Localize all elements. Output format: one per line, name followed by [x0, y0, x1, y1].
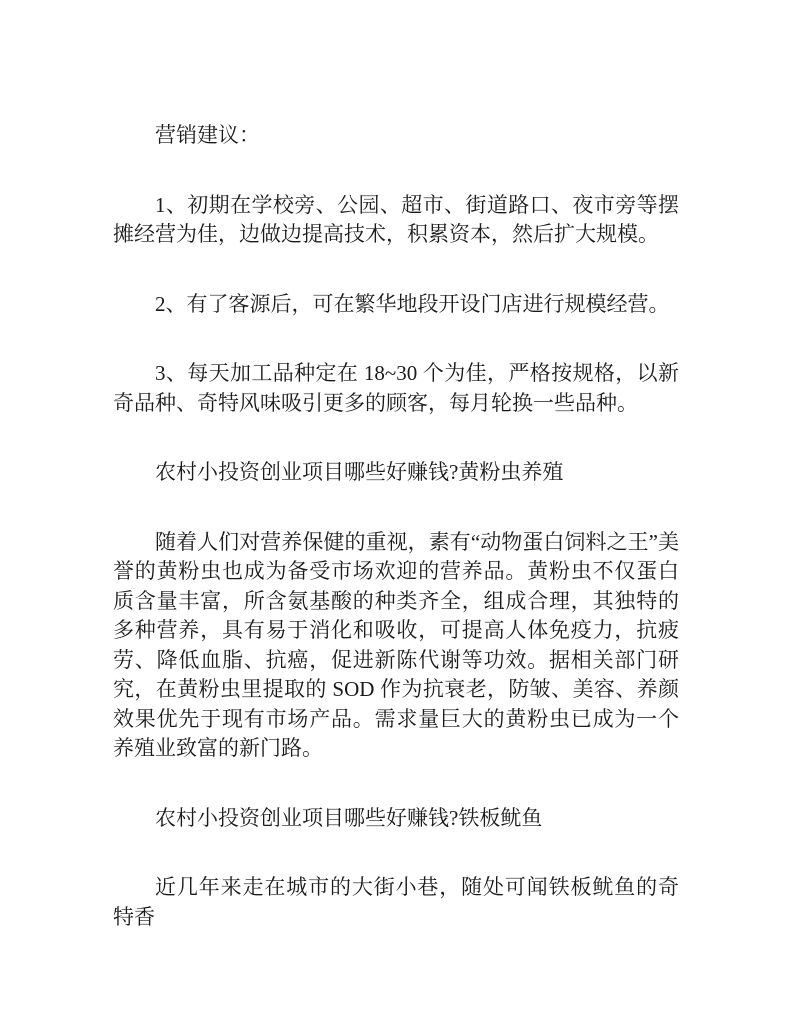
paragraph-squid-description: 近几年来走在城市的大街小巷，随处可闻铁板鱿鱼的奇特香: [113, 873, 679, 932]
paragraph-mealworm-description: 随着人们对营养保健的重视，素有“动物蛋白饲料之王”美誉的黄粉虫也成为备受市场欢迎…: [113, 528, 679, 764]
paragraph-heading-mealworm-farming: 农村小投资创业项目哪些好赚钱?黄粉虫养殖: [113, 458, 679, 488]
paragraph-heading-teppanyaki-squid: 农村小投资创业项目哪些好赚钱?铁板鱿鱼: [113, 804, 679, 834]
document-content: 营销建议： 1、初期在学校旁、公园、超市、街道路口、夜市旁等摆摊经营为佳，边做边…: [0, 0, 792, 1025]
document-page: 营销建议： 1、初期在学校旁、公园、超市、街道路口、夜市旁等摆摊经营为佳，边做边…: [0, 0, 792, 1025]
paragraph-tip-2: 2、有了客源后，可在繁华地段开设门店进行规模经营。: [113, 290, 679, 320]
paragraph-tip-3: 3、每天加工品种定在 18~30 个为佳，严格按规格，以新奇品种、奇特风味吸引更…: [113, 359, 679, 418]
paragraph-marketing-advice-heading: 营销建议：: [113, 121, 679, 151]
paragraph-tip-1: 1、初期在学校旁、公园、超市、街道路口、夜市旁等摆摊经营为佳，边做边提高技术，积…: [113, 191, 679, 250]
